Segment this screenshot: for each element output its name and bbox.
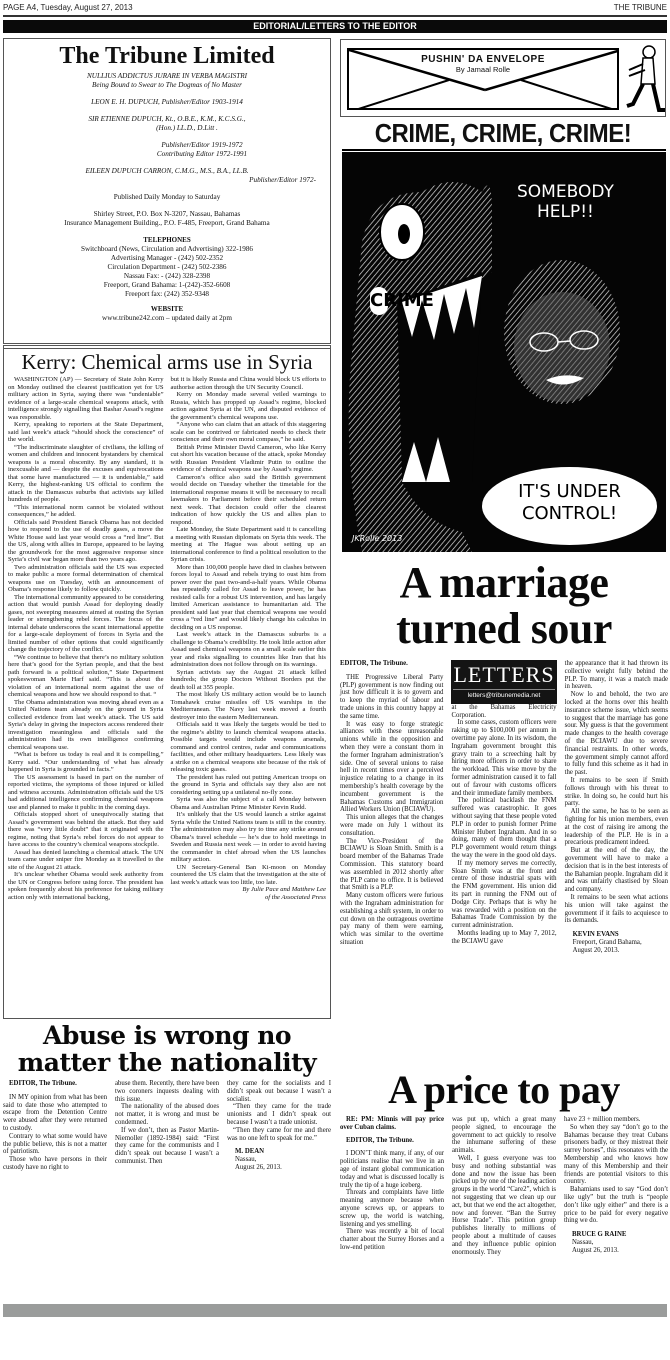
envelope-icon: PUSHIN' DA ENVELOPE By Jamaal Rolle: [347, 48, 619, 110]
paragraph: Two administration officials said the US…: [8, 564, 164, 594]
marriage-body: EDITOR, The Tribune. THE Progressive Lib…: [340, 660, 668, 954]
price-letter: A price to pay RE: PM: Minnis will pay p…: [340, 1068, 668, 1256]
kerry-col-1: WASHINGTON (AP) — Secretary of State Joh…: [8, 376, 164, 901]
paragraph: Syria was also the subject of a call Mon…: [171, 796, 327, 811]
speech-line: HELP!!: [517, 202, 614, 222]
paragraph: Those who have persons in their custody …: [3, 1156, 107, 1172]
pushing-man-icon: [625, 44, 665, 114]
paragraph: Officials stopped short of unequivocally…: [8, 811, 164, 849]
paragraph: If my memory serves me correctly, Sloan …: [451, 860, 556, 930]
marriage-headline-1: A marriage: [340, 560, 668, 606]
paragraph: “Anyone who can claim that an attack of …: [171, 421, 327, 444]
eileen-line-2: Publisher/Editor 1972-: [4, 176, 330, 185]
marriage-col-2: LETTERS letters@tribunemedia.net at the …: [451, 660, 556, 954]
paragraph: was put up, which a great many people si…: [452, 1116, 556, 1155]
section-banner: EDITORIAL/LETTERS TO THE EDITOR: [3, 20, 667, 33]
kerry-article: Kerry: Chemical arms use in Syria WASHIN…: [3, 345, 331, 1019]
letters-email-link[interactable]: letters@tribunemedia.net: [453, 689, 554, 700]
marriage-col-1: EDITOR, The Tribune. THE Progressive Lib…: [340, 660, 443, 954]
paragraph: Late Monday, the State Department said i…: [171, 526, 327, 564]
website-link[interactable]: www.tribune242.com – updated daily at 2p…: [4, 314, 330, 323]
speech-somebody-help: SOMEBODY HELP!!: [517, 182, 614, 222]
paragraph: The Vice-President of the BCIAWU is Sloa…: [340, 838, 443, 893]
paragraph: Assad has denied launching a chemical at…: [8, 849, 164, 872]
paragraph: In some cases, custom officers were raki…: [451, 719, 556, 797]
paragraph: Syrian activists say the August 21 attac…: [171, 669, 327, 692]
paragraph: “What is before us today is real and it …: [8, 751, 164, 774]
phone-line: Freeport fax: (242) 352-9348: [4, 290, 330, 299]
footer-bar-right: [335, 1304, 667, 1317]
abuse-col-1: EDITOR, The Tribune. IN MY opinion from …: [3, 1080, 107, 1172]
abuse-col-2: abuse them. Recently, there have been tw…: [115, 1080, 219, 1172]
paragraph: The president has ruled out putting Amer…: [171, 774, 327, 797]
salutation: EDITOR, The Tribune.: [3, 1080, 107, 1088]
paragraph: Months leading up to May 7, 2012, the BC…: [451, 930, 556, 946]
paragraph: The political backlash the FNM suffered …: [451, 797, 556, 859]
etienne-line-3: Publisher/Editor 1919-1972: [4, 141, 330, 150]
etienne-line-4: Contributing Editor 1972-1991: [4, 150, 330, 159]
eileen-line-1: EILEEN DUPUCH CARRON, C.M.G., M.S., B.A.…: [4, 167, 330, 176]
paragraph: Officials said it was likely the targets…: [171, 721, 327, 774]
paragraph: but it is likely Russia and China would …: [171, 376, 327, 391]
etienne-line-1: SIR ETIENNE DUPUCH, Kt., O.B.E., K.M., K…: [4, 115, 330, 124]
paragraph: But at the end of the day, the governmen…: [565, 847, 668, 894]
paragraph: Well, I guess everyone was too busy and …: [452, 1155, 556, 1256]
editorial-cartoon: CRIME SOMEBODY HELP!! IT'S UNDER CONTROL…: [342, 152, 666, 552]
letters-badge: LETTERS letters@tribunemedia.net: [451, 660, 556, 704]
signature-place: Nassau,: [227, 1156, 331, 1164]
signature-date: August 20, 2013.: [565, 947, 668, 955]
price-headline: A price to pay: [340, 1068, 668, 1112]
headline-underline: [342, 149, 666, 151]
abuse-headline-1: Abuse is wrong no: [3, 1022, 331, 1049]
paragraph: The US assessment is based in part on th…: [8, 774, 164, 812]
telephones-heading: TELEPHONES: [4, 236, 330, 245]
address-line-2: Insurance Management Building., P.O. F-4…: [4, 219, 330, 228]
founder-line: LEON E. H. DUPUCH, Publisher/Editor 1903…: [4, 98, 330, 107]
signature-date: August 26, 2013.: [564, 1247, 668, 1255]
paragraph: More than 100,000 people have died in cl…: [171, 564, 327, 632]
kerry-body: WASHINGTON (AP) — Secretary of State Joh…: [4, 374, 330, 903]
phone-line: Circulation Department - (242) 502-2386: [4, 263, 330, 272]
marriage-headline-2: turned sour: [340, 606, 668, 652]
cartoon-headline: CRIME, CRIME, CRIME!: [351, 118, 655, 148]
column-title: PUSHIN' DA ENVELOPE: [349, 54, 617, 65]
paragraph: Now lo and behold, the two are locked at…: [565, 691, 668, 777]
paragraph: THE Progressive Liberal Party (PLP) gove…: [340, 674, 443, 721]
paragraph: Officials said President Barack Obama ha…: [8, 519, 164, 564]
paragraph: abuse them. Recently, there have been tw…: [115, 1080, 219, 1103]
website-heading: WEBSITE: [4, 305, 330, 314]
paragraph: “Then they came for me and there was no …: [227, 1127, 331, 1143]
paragraph: Kerry, speaking to reporters at the Stat…: [8, 421, 164, 444]
marriage-col-3: the appearance that it had thrown its co…: [565, 660, 668, 954]
paragraph: Cameron’s office also said the British g…: [171, 474, 327, 527]
abuse-letter: Abuse is wrong no matter the nationality…: [3, 1022, 331, 1172]
paragraph: Kerry on Monday made several veiled warn…: [171, 391, 327, 421]
phone-line: Freeport, Grand Bahama: 1-(242)-352-6608: [4, 281, 330, 290]
paragraph: they came for the socialists and I didn’…: [227, 1080, 331, 1103]
signature-name: M. DEAN: [227, 1148, 331, 1156]
kerry-col-2: but it is likely Russia and China would …: [171, 376, 327, 901]
abuse-col-3: they came for the socialists and I didn’…: [227, 1080, 331, 1172]
header-rule: [3, 15, 667, 17]
paragraph: UN Secretary-General Ban Ki-moon on Mond…: [171, 864, 327, 887]
price-col-2: was put up, which a great many people si…: [452, 1116, 556, 1256]
speech-line: CONTROL!: [482, 503, 657, 525]
signature-place: Nassau,: [564, 1239, 668, 1247]
phone-line: Switchboard (News, Circulation and Adver…: [4, 245, 330, 254]
paragraph: It was easy to forge strategic alliances…: [340, 721, 443, 815]
abuse-headline-2: matter the nationality: [3, 1049, 331, 1076]
paragraph: Bahamians used to say “God don’t like ug…: [564, 1186, 668, 1225]
published-line: Published Daily Monday to Saturday: [4, 193, 330, 202]
signature-place: Freeport, Grand Bahama,: [565, 939, 668, 947]
artist-signature: JKRolle 2013: [352, 534, 402, 543]
footer-bar-left: [3, 1304, 335, 1317]
paragraph: It remains to be seen if Smith follows t…: [565, 777, 668, 808]
phone-line: Advertising Manager - (242) 502-2352: [4, 254, 330, 263]
paragraph: “The indiscriminate slaughter of civilia…: [8, 444, 164, 504]
speech-line: IT'S UNDER: [482, 481, 657, 503]
paragraph: WASHINGTON (AP) — Secretary of State Joh…: [8, 376, 164, 421]
speech-line: SOMEBODY: [517, 182, 614, 202]
paragraph: IN MY opinion from what has been said to…: [3, 1094, 107, 1133]
re-line: RE: PM: Minnis will pay price over Cuban…: [340, 1116, 444, 1132]
paragraph: I DON’T think many, if any, of our polit…: [340, 1150, 444, 1189]
etienne-line-2: (Hon.) LL.D., D.Litt .: [4, 124, 330, 133]
paragraph: There was recently a bit of local chatte…: [340, 1228, 444, 1251]
motto-english: Being Bound to Swear to The Dogmas of No…: [4, 81, 330, 90]
paragraph: Last week’s attack in the Damascus subur…: [171, 631, 327, 669]
byline-agency: of the Associated Press: [171, 894, 327, 902]
column-author: By Jamaal Rolle: [349, 65, 617, 74]
paragraph: have 23 + million members.: [564, 1116, 668, 1124]
paper-name: THE TRIBUNE: [614, 3, 667, 12]
paragraph: The Obama administration was moving ahea…: [8, 699, 164, 752]
signature-name: BRUCE G RAINE: [564, 1231, 668, 1239]
masthead-box: The Tribune Limited NULLIUS ADDICTUS JUR…: [3, 38, 331, 344]
page-info: PAGE A4, Tuesday, August 27, 2013: [3, 3, 133, 12]
monster-label: CRIME: [370, 287, 388, 315]
paragraph: So when they say “don’t go to the Bahama…: [564, 1124, 668, 1186]
paragraph: The most likely US military action would…: [171, 691, 327, 721]
letters-badge-title: LETTERS: [453, 663, 554, 687]
signature-name: KEVIN EVANS: [565, 931, 668, 939]
price-col-3: have 23 + million members. So when they …: [564, 1116, 668, 1256]
salutation: EDITOR, The Tribune.: [340, 660, 443, 668]
paragraph: “This international norm cannot be viola…: [8, 504, 164, 519]
paragraph: “We continue to believe that there’s no …: [8, 654, 164, 699]
pushin-da-envelope-box: PUSHIN' DA ENVELOPE By Jamaal Rolle: [340, 39, 666, 117]
address-line-1: Shirley Street, P.O. Box N-3207, Nassau,…: [4, 210, 330, 219]
paragraph: British Prime Minister David Cameron, wh…: [171, 444, 327, 474]
paragraph: If we don’t, then as Pastor Martin-Niemo…: [115, 1127, 219, 1166]
masthead-title: The Tribune Limited: [4, 43, 330, 69]
price-body: RE: PM: Minnis will pay price over Cuban…: [340, 1116, 668, 1256]
paragraph: “Then they came for the trade unionists …: [227, 1103, 331, 1126]
paragraph: All the same, he has to be seen as fight…: [565, 808, 668, 847]
salutation: EDITOR, The Tribune.: [340, 1137, 444, 1145]
signature-date: August 26, 2013.: [227, 1164, 331, 1172]
paragraph: It remains to be seen what actions his u…: [565, 894, 668, 925]
paragraph: Contrary to what some would have the pub…: [3, 1133, 107, 1156]
paragraph: Many custom officers were furious with t…: [340, 892, 443, 947]
paragraph: The nationality of the abused does not m…: [115, 1103, 219, 1126]
speech-bubble-under-control: IT'S UNDER CONTROL!: [482, 467, 657, 545]
byline-authors: By Julie Pace and Matthew Lee: [171, 886, 327, 894]
paragraph: the appearance that it had thrown its co…: [565, 660, 668, 691]
kerry-headline: Kerry: Chemical arms use in Syria: [4, 348, 330, 374]
abuse-body: EDITOR, The Tribune. IN MY opinion from …: [3, 1080, 331, 1172]
motto-latin: NULLIUS ADDICTUS JURARE IN VERBA MAGISTR…: [4, 72, 330, 81]
paragraph: at the Bahamas Electricity Corporation.: [451, 704, 556, 720]
price-col-1: RE: PM: Minnis will pay price over Cuban…: [340, 1116, 444, 1256]
paragraph: Threats and complaints have little meani…: [340, 1189, 444, 1228]
phone-line: Nassau Fax: - (242) 328-2398: [4, 272, 330, 281]
marriage-letter: A marriage turned sour EDITOR, The Tribu…: [340, 560, 668, 954]
paragraph: It’s unlikely that the US would launch a…: [171, 811, 327, 864]
paragraph: This union alleges that the changes were…: [340, 814, 443, 837]
paragraph: It’s unclear whether Obama would seek au…: [8, 871, 164, 901]
paragraph: The international community appeared to …: [8, 594, 164, 654]
